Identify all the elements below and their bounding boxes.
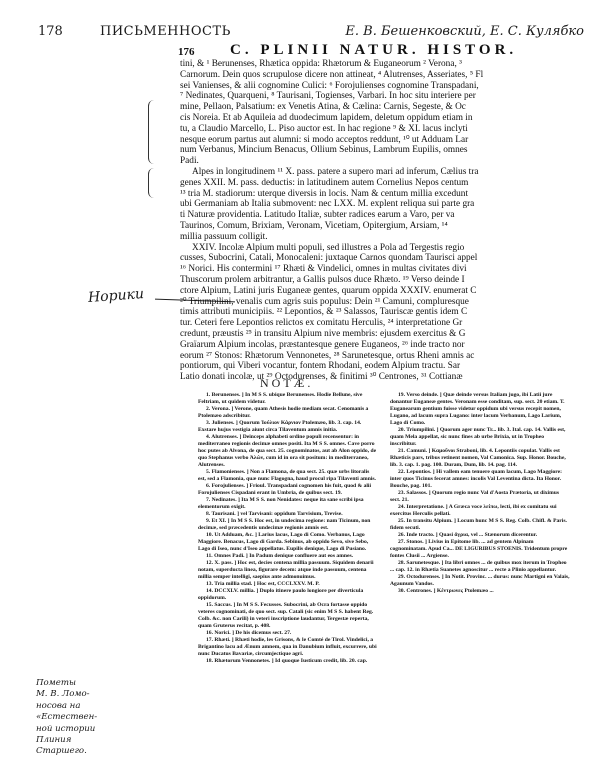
text-line: Taurinos, Comum, Brixiam, Veronam, Vicet…: [180, 221, 600, 232]
text-line: num Verbanus, Mincium Benacus, Ollium Se…: [180, 145, 600, 156]
footnote: 12. X. pass. ] Hoc est, decies centena m…: [198, 560, 378, 581]
footnote: 21. Camuni. ] Καμοῦνοι Straboni, lib. 4.…: [390, 448, 570, 469]
line-text: cis Noreia. Et ab Aquileia ad duodecimum…: [180, 113, 473, 123]
line-text: pontiorum, qui Viberi vocantur, fontem R…: [180, 361, 460, 371]
text-line: tu, a Claudio Marcello, L. Piso auctor e…: [180, 124, 600, 135]
footnote: 24. Interpretatione. ] A Græca voce λείπ…: [390, 504, 570, 518]
caption-line: Пометы: [36, 678, 98, 689]
footnote: 5. Flamonienses. ] Non a Flamona, de qua…: [198, 469, 378, 483]
text-line: 5mine, Pellaon, Palsatium: ex Venetis At…: [180, 102, 600, 113]
line-text: nesque eorum partus aut alumni: si modo …: [180, 135, 468, 145]
text-line: credunt, præustis ²⁵ in transitu Alpium …: [180, 329, 600, 340]
text-line: tini, & ¹ Berunenses, Rhætica oppida: Rh…: [180, 59, 600, 70]
text-line: ctore Alpium, Latini juris Euganeæ gente…: [180, 286, 600, 297]
facsimile-text-body: tini, & ¹ Berunenses, Rhætica oppida: Rh…: [180, 59, 600, 383]
footnote: 26. Inde tracto. ] Quasi ἄγρια, vel ... …: [390, 532, 570, 539]
line-text: XXIV. Incolæ Alpium multi populi, sed il…: [192, 243, 464, 253]
text-line: cusses, Subocrini, Catali, Monocaleni: j…: [180, 253, 600, 264]
line-text: num Verbanus, Mincium Benacus, Ollium Se…: [180, 145, 468, 155]
line-text: credunt, præustis ²⁵ in transitu Alpium …: [180, 329, 465, 339]
text-line: eorum ²⁷ Stonos: Rhætorum Vennonetes, ²⁸…: [180, 351, 600, 362]
notes-column-left: 1. Berunenses. ] In M S S. ubique Berune…: [198, 392, 378, 665]
footnote: 7. Nedinates. ] Ita M S S. non Nenidates…: [198, 497, 378, 511]
line-text: Alpes in longitudinem ¹¹ X. pass. patere…: [192, 167, 479, 177]
line-text: ¹³ tria M. stadiorum: uterque diversis i…: [180, 189, 468, 199]
figure-caption: ПометыМ. В. Ломо-носова на«Естествен-ной…: [36, 678, 98, 758]
line-text: tini, & ¹ Berunenses, Rhætica oppida: Rh…: [180, 59, 462, 69]
marginal-bracket: [148, 100, 155, 164]
line-text: mine, Pellaon, Palsatium: ex Venetis Ati…: [180, 102, 466, 112]
line-text: ⁷ Nedinates, Quarqueni, ⁸ Taurisani, Tog…: [180, 91, 476, 101]
footnote: 19. Verso deinde. ] Quæ deinde versus It…: [390, 392, 570, 427]
footnote: 23. Salassos. ] Quorum regio nunc Val d'…: [390, 490, 570, 504]
line-text: ctore Alpium, Latini juris Euganeæ gente…: [180, 286, 477, 296]
text-line: Thuscorum prolem arbitrantur, a Gallis p…: [180, 275, 600, 286]
line-text: Carnorum. Dein quos scrupulose dicere no…: [180, 70, 483, 80]
footnote: 9. Et XI. ] In M S S. Hoc est, in undeci…: [198, 518, 378, 532]
text-line: Alpes in longitudinem ¹¹ X. pass. patere…: [180, 167, 600, 178]
line-text: Taurinos, Comum, Brixiam, Veronam, Vicet…: [180, 221, 448, 231]
text-line: Graïarum Alpium incolas, præstantesque g…: [180, 340, 600, 351]
line-text: genes XXII. M. pass. deductis: in latitu…: [180, 178, 468, 188]
text-line: pontiorum, qui Viberi vocantur, fontem R…: [180, 361, 600, 372]
line-text: Latio donati incolæ, ut ²⁹ Octodurenses,…: [180, 372, 463, 382]
text-line: Carnorum. Dein quos scrupulose dicere no…: [180, 70, 600, 81]
line-text: Graïarum Alpium incolas, præstantesque g…: [180, 340, 465, 350]
footnote: 2. Verona. ] Verone, quam Athesis hodie …: [198, 406, 378, 420]
line-text: tur. Ceteri fere Lepontios relictos ex c…: [180, 318, 462, 328]
caption-line: М. В. Ломо-: [36, 689, 98, 700]
text-line: ¹³ tria M. stadiorum: uterque diversis i…: [180, 189, 600, 200]
running-header: 178 ПИСЬМЕННОСТЬ Е. В. Бешенковский, Е. …: [0, 24, 600, 44]
line-text: sei Vanienses, & alii cognomine Culici: …: [180, 81, 479, 91]
notes-heading: NOTÆ.: [260, 376, 313, 391]
text-line: 10Padi.: [180, 156, 600, 167]
line-text: ubi Germaniam ab Italia submovent: nec L…: [180, 199, 474, 209]
text-line: 20¹⁶ Norici. His contermini ¹⁷ Rhæti & V…: [180, 264, 600, 275]
section-title: ПИСЬМЕННОСТЬ: [100, 24, 231, 39]
line-text: ¹⁶ Norici. His contermini ¹⁷ Rhæti & Vin…: [180, 264, 467, 274]
caption-line: носова на: [36, 701, 98, 712]
text-line: cis Noreia. Et ab Aquileia ad duodecimum…: [180, 113, 600, 124]
line-text: millia passuum colligit.: [180, 232, 268, 242]
footnote: 28. Sarunetesque. ] Ita libri omnes ... …: [390, 560, 570, 574]
text-line: 25tur. Ceteri fere Lepontios relictos ex…: [180, 318, 600, 329]
caption-line: ной истории: [36, 724, 98, 735]
caption-line: «Естествен-: [36, 712, 98, 723]
text-line: ⁷ Nedinates, Quarqueni, ⁸ Taurisani, Tog…: [180, 91, 600, 102]
caption-line: Плиния: [36, 735, 98, 746]
text-line: ubi Germaniam ab Italia submovent: nec L…: [180, 199, 600, 210]
facsimile-page-number: 176: [178, 46, 195, 58]
text-line: 30Latio donati incolæ, ut ²⁹ Octodurense…: [180, 372, 600, 383]
footnote: 11. Omnes Padi. ] In Padum denique confl…: [198, 553, 378, 560]
line-text: cusses, Subocrini, Catali, Monocaleni: j…: [180, 253, 477, 263]
footnote: 13. Tria millia stad. ] Hoc est, CCCLXXV…: [198, 581, 378, 588]
footnote: 16. Norici. ] De his dicemus sect. 27.: [198, 630, 378, 637]
line-text: Thuscorum prolem arbitrantur, a Gallis p…: [180, 275, 465, 285]
footnote: 30. Centrones. ] Κέντρωνες Ptolemæo ...: [390, 588, 570, 595]
footnote: 22. Lepontios. ] Hi vallem eam tenuere q…: [390, 469, 570, 490]
facsimile-title: C. PLINII NATUR. HISTOR.: [230, 42, 517, 59]
footnote: 29. Octodurenses. ] In Notit. Provinc. .…: [390, 574, 570, 588]
text-line: timis attributi municipiis. ²² Lepontios…: [180, 307, 600, 318]
footnote: 10. Ut Adduam, &c. ] Larius lacus, Lago …: [198, 532, 378, 553]
line-text: Padi.: [180, 156, 199, 166]
authors: Е. В. Бешенковский, Е. С. Кулябко: [345, 24, 584, 39]
handwritten-marginal-note: Норики: [88, 286, 145, 306]
footnote: 20. Triumpilini. ] Quorum ager nunc Tr..…: [390, 427, 570, 448]
notes-column-right: 19. Verso deinde. ] Quæ deinde versus It…: [390, 392, 570, 595]
marginal-bracket: [148, 168, 154, 198]
footnote: 25. In transitu Alpium. ] Locum hunc M S…: [390, 518, 570, 532]
footnote: 8. Taurisani. ] vel Tarvisani: oppidum T…: [198, 511, 378, 518]
footnote: 14. DCCXLV. millia. ] Duplo itinere paul…: [198, 588, 378, 602]
line-text: eorum ²⁷ Stonos: Rhætorum Vennonetes, ²⁸…: [180, 351, 474, 361]
caption-line: Старшего.: [36, 746, 98, 757]
footnote: 15. Saccus. ] In M S S. Fecusses. Subocr…: [198, 602, 378, 630]
page-number: 178: [38, 24, 63, 39]
text-line: 15ti Naturæ providentia. Latitudo Italiæ…: [180, 210, 600, 221]
line-text: ²⁰ Triumpilini, venalis cum agris suis p…: [180, 297, 469, 307]
footnote: 18. Rhætorum Vennonetes. ] Id quoque Ius…: [198, 658, 378, 665]
line-text: ti Naturæ providentia. Latitudo Italiæ, …: [180, 210, 455, 220]
footnote: 4. Alutrenses. ] Deinceps alphabeti ordi…: [198, 434, 378, 469]
footnote: 1. Berunenses. ] In M S S. ubique Berune…: [198, 392, 378, 406]
text-line: sei Vanienses, & alii cognomine Culici: …: [180, 81, 600, 92]
footnote: 27. Stonos. ] Livius in Epitome lib. ...…: [390, 539, 570, 560]
text-line: ²⁰ Triumpilini, venalis cum agris suis p…: [180, 297, 600, 308]
text-line: CAP. XX.XXIV. Incolæ Alpium multi populi…: [180, 243, 600, 254]
text-line: millia passuum colligit.: [180, 232, 600, 243]
text-line: nesque eorum partus aut alumni: si modo …: [180, 135, 600, 146]
text-line: genes XXII. M. pass. deductis: in latitu…: [180, 178, 600, 189]
footnote: 6. Forojulienses. ] Frioul. Transpadani …: [198, 483, 378, 497]
line-text: timis attributi municipiis. ²² Lepontios…: [180, 307, 467, 317]
footnote: 3. Julienses. ] Quorum Ἰούλιον Κάρνιον P…: [198, 420, 378, 434]
line-text: tu, a Claudio Marcello, L. Piso auctor e…: [180, 124, 468, 134]
footnote: 17. Rhæti. ] Rhæti hodie, les Grisons, &…: [198, 637, 378, 658]
